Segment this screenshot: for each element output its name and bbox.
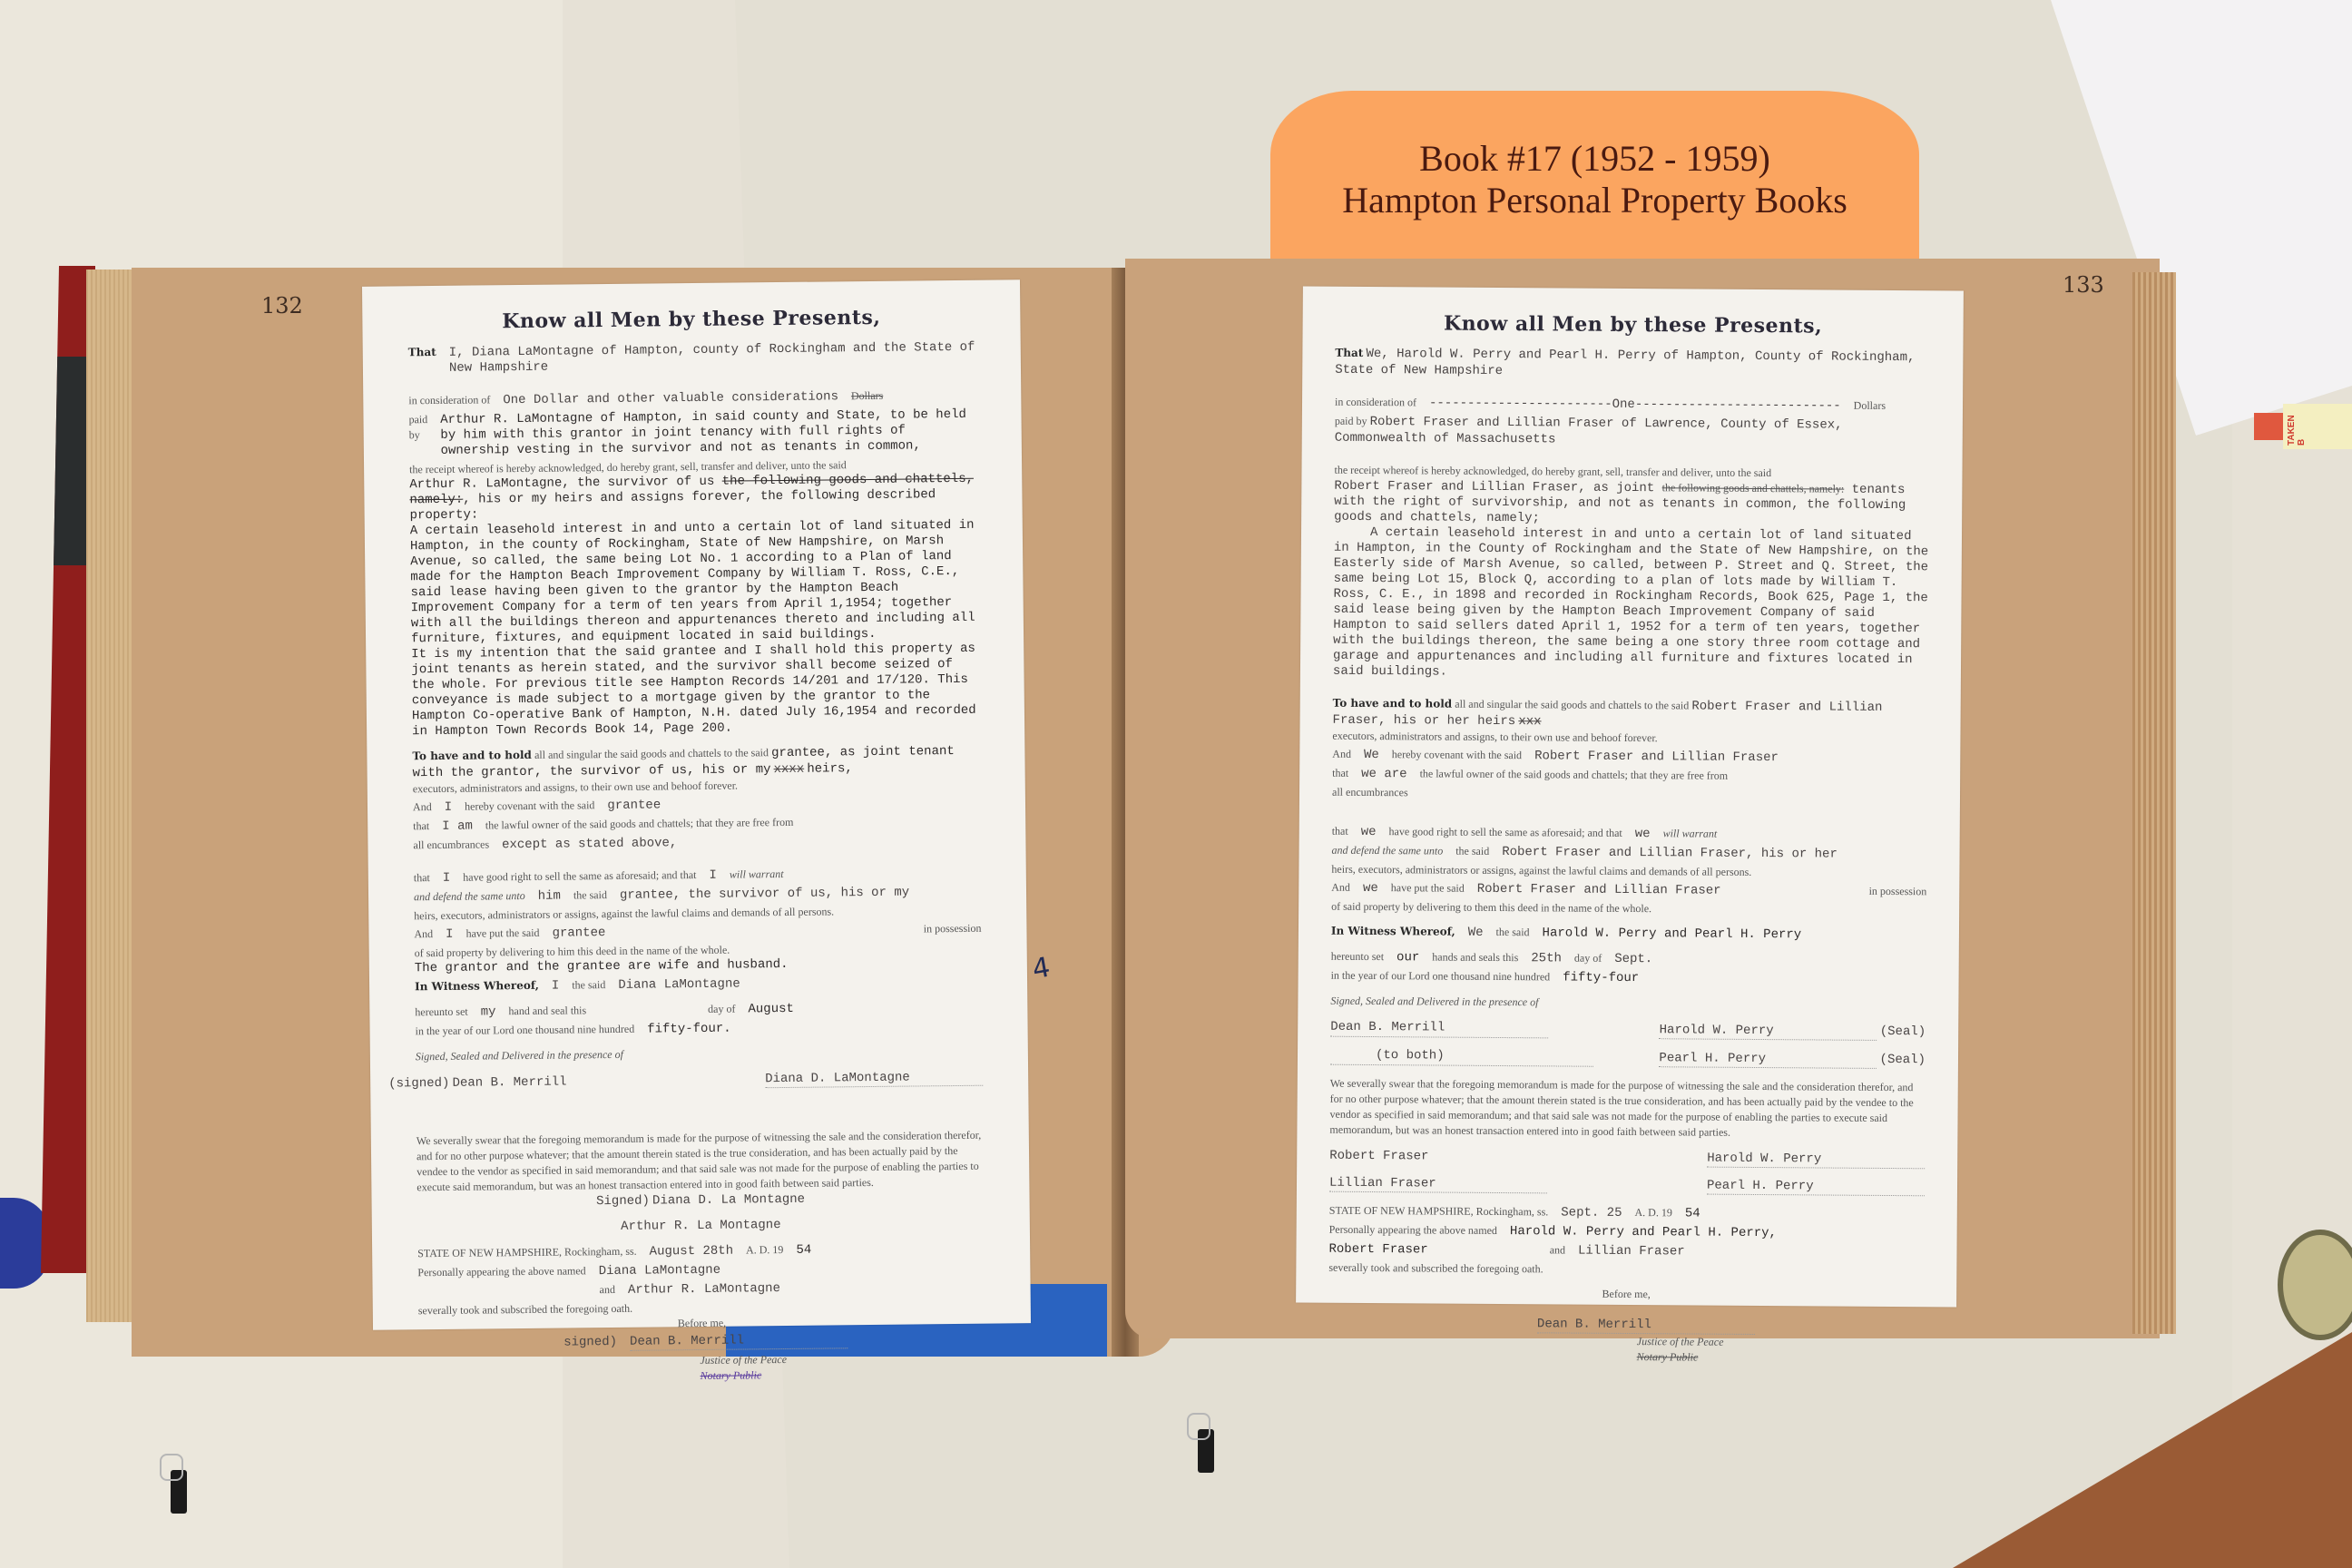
- notary-signed-label: signed): [563, 1335, 617, 1351]
- delivering-text: of said property by delivering to them t…: [1331, 899, 1926, 919]
- habendum-struck: xxxx: [774, 762, 805, 777]
- consideration-struck: Dollars: [851, 388, 884, 404]
- covenant-and: And: [1332, 747, 1351, 762]
- defend-text: and defend the same unto: [1332, 843, 1444, 859]
- right-who: we: [1361, 825, 1377, 840]
- witness-name: Diana LaMontagne: [618, 977, 740, 994]
- state-date: Sept. 25: [1561, 1205, 1622, 1220]
- oath-signature-left-2: Lillian Fraser: [1329, 1176, 1547, 1194]
- covenant-text: hereby covenant with the said: [465, 798, 594, 814]
- paid-by-label: paid by: [408, 412, 427, 443]
- habendum-label: To have and to hold: [1333, 697, 1453, 710]
- habendum-struck: xxx: [1518, 714, 1541, 729]
- possession-and: And: [414, 926, 433, 942]
- that-label-2: that: [413, 818, 429, 834]
- covenant-who: We: [1364, 748, 1379, 763]
- appearing-and: and: [1550, 1242, 1565, 1258]
- taken-slip: TAKEN B: [2283, 404, 2352, 449]
- possession-who: I: [446, 927, 454, 943]
- deed-document-left: Know all Men by these Presents, That I, …: [362, 279, 1031, 1330]
- habendum-printed: all and singular the said goods and chat…: [534, 746, 769, 761]
- oath-took: severally took and subscribed the forego…: [1328, 1260, 1924, 1280]
- that-label: That: [1335, 347, 1363, 359]
- habendum-heirs: heirs,: [807, 761, 853, 777]
- hand-seal: hands and seals this: [1432, 949, 1518, 965]
- owner-text: the lawful owner of the said goods and c…: [485, 815, 794, 834]
- encumbrances-value: except as stated above,: [502, 836, 677, 853]
- tape-roll-right: [2278, 1230, 2352, 1340]
- binder-clip-icon[interactable]: [171, 1470, 187, 1514]
- encumbrances-label: all encumbrances: [1332, 785, 1927, 805]
- year-label: in the year of our Lord one thousand nin…: [1331, 968, 1551, 985]
- oath-signed-label: Signed): [596, 1194, 650, 1210]
- habendum-label: To have and to hold: [412, 749, 532, 762]
- witness-who: I: [552, 979, 560, 995]
- owner-who: we are: [1361, 767, 1407, 782]
- witness-said: the said: [1496, 925, 1530, 940]
- witness-said: the said: [572, 977, 605, 993]
- book-label-card: Book #17 (1952 - 1959) Hampton Personal …: [1270, 91, 1919, 281]
- right-who: I: [443, 871, 451, 887]
- defend-text: and defend the same unto: [414, 888, 525, 905]
- defend-grantee: grantee, the survivor of us, his or my: [620, 886, 909, 904]
- hereunto-label: hereunto set: [415, 1004, 467, 1021]
- property-description: A certain leasehold interest in and unto…: [1333, 525, 1929, 684]
- ad-year: 54: [1685, 1206, 1700, 1221]
- binder-clip-icon[interactable]: [1198, 1429, 1214, 1473]
- defend-who: him: [538, 889, 561, 905]
- oath-signature-1: Diana D. La Montagne: [652, 1192, 805, 1209]
- book-label-subtitle: Hampton Personal Property Books: [1270, 180, 1919, 221]
- grantor-signature-1: Harold W. Perry: [1660, 1023, 1877, 1041]
- day-value: 25th: [1531, 951, 1562, 966]
- right-text: have good right to sell the same as afor…: [1388, 824, 1622, 841]
- warrant-who: we: [1635, 827, 1651, 842]
- oath-signature-2: Arthur R. La Montagne: [621, 1218, 781, 1234]
- consideration-label: in consideration of: [1335, 395, 1416, 411]
- possession-who: we: [1363, 881, 1378, 897]
- consideration-label: in consideration of: [408, 392, 490, 408]
- ad-label: A. D. 19: [746, 1242, 784, 1258]
- year-label: in the year of our Lord one thousand nin…: [416, 1022, 635, 1040]
- appearing-name-1: Diana LaMontagne: [599, 1263, 721, 1279]
- year-value: fifty-four.: [647, 1022, 731, 1038]
- state-date: August 28th: [650, 1244, 734, 1260]
- paid-by-value: Arthur R. LaMontagne of Hampton, in said…: [440, 407, 976, 459]
- owner-who: I am: [442, 819, 473, 835]
- covenant-with: Robert Fraser and Lillian Fraser: [1534, 749, 1779, 766]
- possession-and: And: [1331, 880, 1350, 896]
- deed-document-right: Know all Men by these Presents, That We,…: [1296, 286, 1964, 1307]
- witness-label: In Witness Whereof,: [415, 978, 539, 995]
- witness-name: Harold W. Perry and Pearl H. Perry: [1543, 926, 1802, 943]
- appearing-label: Personally appearing the above named: [417, 1263, 585, 1280]
- covenant-text: hereby covenant with the said: [1392, 747, 1522, 763]
- paid-by-value: Robert Fraser and Lillian Fraser of Lawr…: [1335, 415, 1843, 446]
- grantor-signature: Diana D. LaMontagne: [765, 1070, 983, 1089]
- appearing-and: and: [600, 1282, 616, 1298]
- signed-label: (signed): [388, 1076, 449, 1092]
- deed-title: Know all Men by these Presents,: [1303, 315, 1964, 335]
- before-me: Before me,: [1328, 1285, 1924, 1305]
- grantee-struck: the following goods and chattels, namely…: [1662, 481, 1845, 495]
- grantor-text: We, Harold W. Perry and Pearl H. Perry o…: [1335, 347, 1915, 378]
- paid-by-label: paid by: [1335, 415, 1367, 427]
- oath-paragraph: We severally swear that the foregoing me…: [416, 1128, 985, 1196]
- year-value: fifty-four: [1563, 970, 1639, 986]
- that-label: That: [408, 345, 436, 360]
- appearing-label: Personally appearing the above named: [1329, 1222, 1497, 1239]
- owner-text: the lawful owner of the said goods and c…: [1420, 766, 1729, 783]
- appearing-name-2: Robert Fraser: [1328, 1242, 1427, 1259]
- defend-said: the said: [1455, 844, 1489, 859]
- covenant-with: grantee: [607, 798, 661, 814]
- page-number-left: 132: [261, 293, 303, 318]
- encumbrances-label: all encumbrances: [413, 837, 489, 853]
- defend-said: the said: [573, 887, 607, 903]
- possession-text: have put the said: [465, 926, 539, 942]
- right-that: that: [414, 870, 430, 886]
- seal-label: (Seal): [1880, 1053, 1926, 1067]
- ad-label: A. D. 19: [1634, 1205, 1671, 1220]
- possession-text: have put the said: [1391, 880, 1465, 897]
- appearing-name-1: Harold W. Perry and Pearl H. Perry,: [1510, 1224, 1777, 1241]
- state-label: STATE OF NEW HAMPSHIRE, Rockingham, ss.: [417, 1244, 637, 1262]
- witness-note: (to both): [1330, 1048, 1593, 1067]
- consideration-value: One Dollar and other valuable considerat…: [503, 389, 838, 408]
- witness-signature: Dean B. Merrill: [452, 1075, 566, 1091]
- grantee-text: Robert Fraser and Lillian Fraser, as joi…: [1334, 479, 1654, 495]
- notary-name: Dean B. Merrill: [630, 1332, 848, 1351]
- consideration-value: ------------------------One-------------…: [1429, 396, 1841, 414]
- warrant-who: I: [709, 868, 717, 884]
- seal-label: (Seal): [1880, 1024, 1926, 1039]
- possession-grantee: grantee: [552, 926, 605, 942]
- warrant-text: will warrant: [1663, 826, 1718, 841]
- day-label: day of: [1574, 951, 1602, 966]
- page-edges-right: [2132, 272, 2176, 1334]
- month-value: August: [748, 1002, 794, 1018]
- notary-name: Dean B. Merrill: [1537, 1317, 1755, 1335]
- warrant-text: will warrant: [730, 867, 784, 883]
- page-number-right: 133: [2063, 272, 2104, 298]
- hand-seal: hand and seal this: [508, 1003, 586, 1019]
- ad-year: 54: [796, 1243, 811, 1259]
- oath-signature-right-1: Harold W. Perry: [1707, 1151, 1925, 1170]
- covenant-and: And: [413, 799, 432, 815]
- intention-paragraph: It is my intention that the said grantee…: [411, 642, 979, 740]
- possession-label: in possession: [924, 921, 982, 937]
- covenant-who: I: [445, 800, 453, 816]
- deed-title: Know all Men by these Presents,: [362, 309, 1020, 331]
- hereunto-who: my: [481, 1004, 496, 1020]
- red-tab: [2254, 413, 2287, 440]
- grantee-text-2: , his or my heirs and assigns forever, t…: [410, 487, 936, 523]
- book-label-title: Book #17 (1952 - 1959): [1270, 138, 1919, 180]
- property-description: A certain leasehold interest in and unto…: [410, 518, 978, 648]
- month-value: Sept.: [1614, 952, 1652, 967]
- oath-paragraph: We severally swear that the foregoing me…: [1329, 1076, 1925, 1142]
- grantor-signature-2: Pearl H. Perry: [1659, 1051, 1877, 1069]
- day-label: day of: [708, 1002, 736, 1017]
- grantor-text: I, Diana LaMontagne of Hampton, county o…: [449, 340, 975, 377]
- right-text: have good right to sell the same as afor…: [463, 867, 696, 886]
- that-label-2: that: [1332, 766, 1348, 781]
- witness-label: In Witness Whereof,: [1331, 924, 1455, 940]
- signed-sealed-label: Signed, Sealed and Delivered in the pres…: [416, 1044, 983, 1065]
- state-label: STATE OF NEW HAMPSHIRE, Rockingham, ss.: [1329, 1203, 1549, 1220]
- consideration-unit: Dollars: [1854, 398, 1886, 414]
- heirs-text: heirs, executors, administrators or assi…: [1331, 862, 1926, 882]
- executors-text: executors, administrators and assigns, t…: [1332, 729, 1927, 749]
- hereunto-who: our: [1396, 950, 1419, 965]
- oath-signature-left-1: Robert Fraser: [1329, 1149, 1428, 1166]
- possession-label: in possession: [1869, 884, 1927, 899]
- appearing-name-3: Lillian Fraser: [1578, 1244, 1685, 1260]
- hereunto-label: hereunto set: [1331, 949, 1384, 965]
- oath-signature-right-2: Pearl H. Perry: [1707, 1179, 1925, 1197]
- habendum-printed: all and singular the said goods and chat…: [1455, 698, 1689, 712]
- appearing-name-2: Arthur R. LaMontagne: [628, 1281, 780, 1298]
- right-that: that: [1332, 824, 1348, 839]
- defend-grantee: Robert Fraser and Lillian Fraser, his or…: [1502, 845, 1837, 863]
- witness-who: We: [1468, 926, 1484, 941]
- signed-sealed-label: Signed, Sealed and Delivered in the pres…: [1330, 994, 1926, 1014]
- possession-grantee: Robert Fraser and Lillian Fraser: [1477, 882, 1721, 899]
- witness-signature: Dean B. Merrill: [1330, 1020, 1548, 1039]
